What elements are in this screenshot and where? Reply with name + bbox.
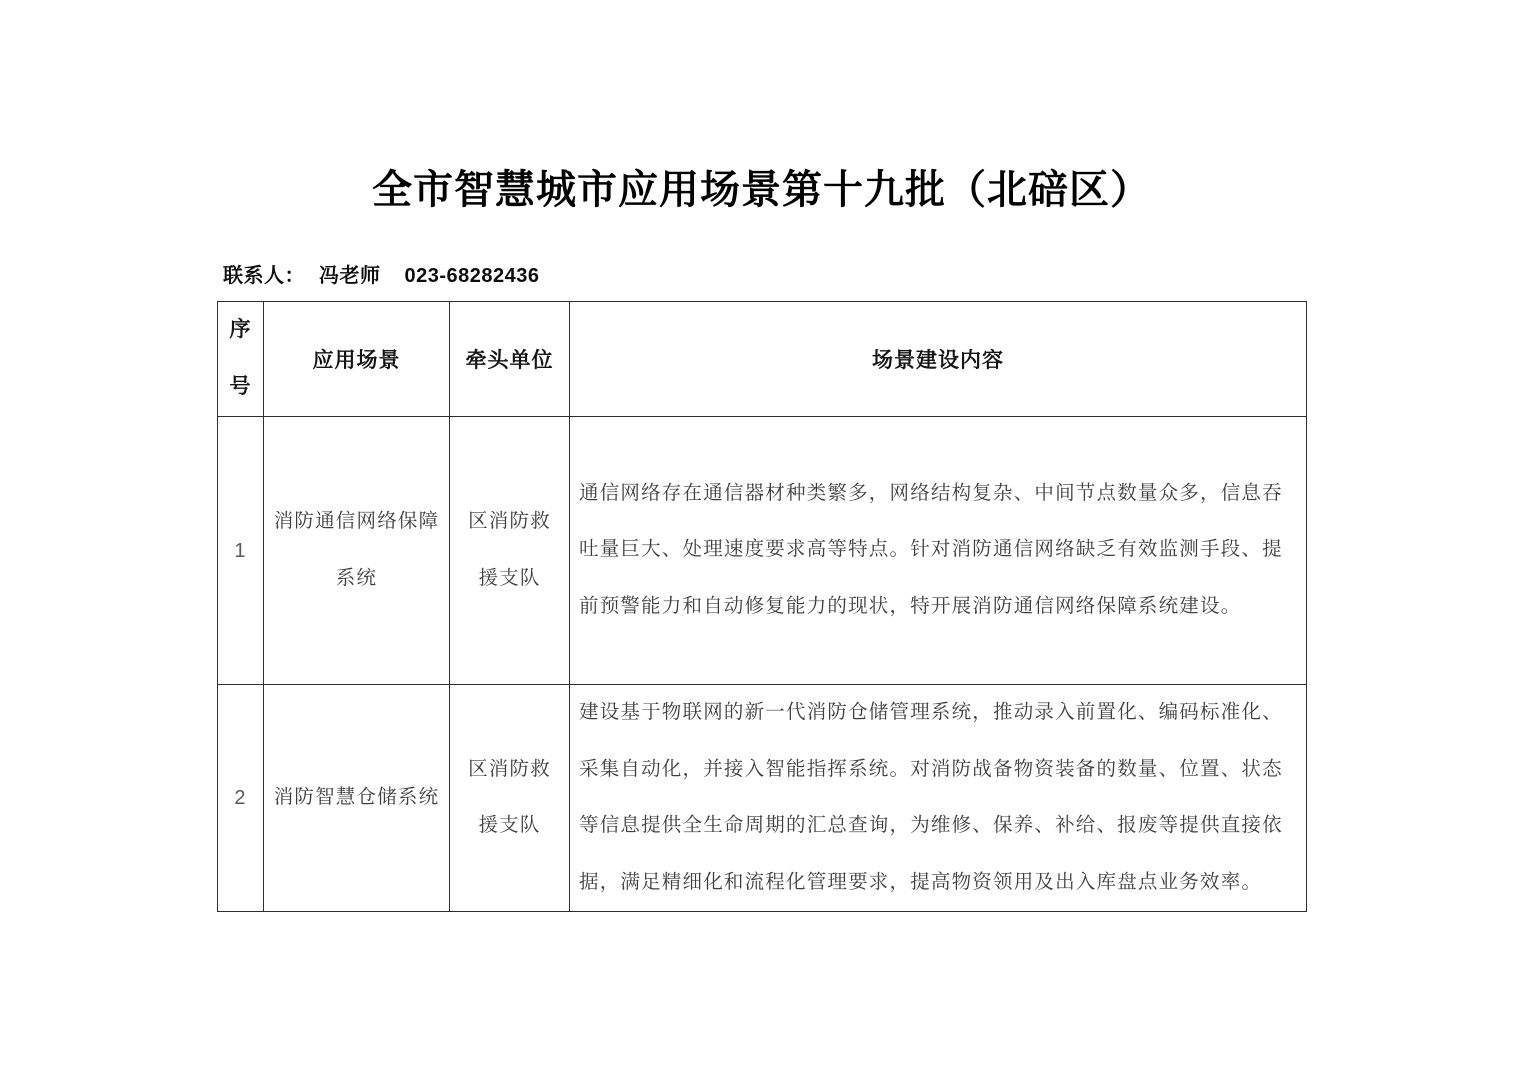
header-cell-serial-number: 序号 [218,302,264,417]
header-cell-construction-content: 场景建设内容 [570,302,1307,417]
cell-application-scenario: 消防通信网络保障系统 [264,417,450,685]
contact-line: 联系人：冯老师023-68282436 [217,259,1306,288]
table-row: 1 消防通信网络保障系统 区消防救援支队 通信网络存在通信器材种类繁多，网络结构… [218,417,1307,685]
header-cell-lead-unit: 牵头单位 [450,302,570,417]
cell-construction-content: 建设基于物联网的新一代消防仓储管理系统，推动录入前置化、编码标准化、采集自动化，… [570,685,1307,912]
contact-phone: 023-68282436 [405,265,540,287]
cell-application-scenario: 消防智慧仓储系统 [264,685,450,912]
cell-lead-unit: 区消防救援支队 [450,417,570,685]
cell-construction-content: 通信网络存在通信器材种类繁多，网络结构复杂、中间节点数量众多，信息吞吐量巨大、处… [570,417,1307,685]
contact-name: 冯老师 [319,265,381,287]
scenarios-table: 序号 应用场景 牵头单位 场景建设内容 1 消防通信网络保障系统 区消防救援支队… [217,301,1307,912]
table-row: 2 消防智慧仓储系统 区消防救援支队 建设基于物联网的新一代消防仓储管理系统，推… [218,685,1307,912]
cell-lead-unit: 区消防救援支队 [450,685,570,912]
page-title: 全市智慧城市应用场景第十九批（北碚区） [217,158,1306,215]
cell-serial-number: 2 [218,685,264,912]
header-cell-application-scenario: 应用场景 [264,302,450,417]
header-row: 序号 应用场景 牵头单位 场景建设内容 [218,302,1307,417]
contact-label: 联系人： [223,265,305,287]
document-page: 全市智慧城市应用场景第十九批（北碚区） 联系人：冯老师023-68282436 … [217,0,1306,912]
cell-serial-number: 1 [218,417,264,685]
